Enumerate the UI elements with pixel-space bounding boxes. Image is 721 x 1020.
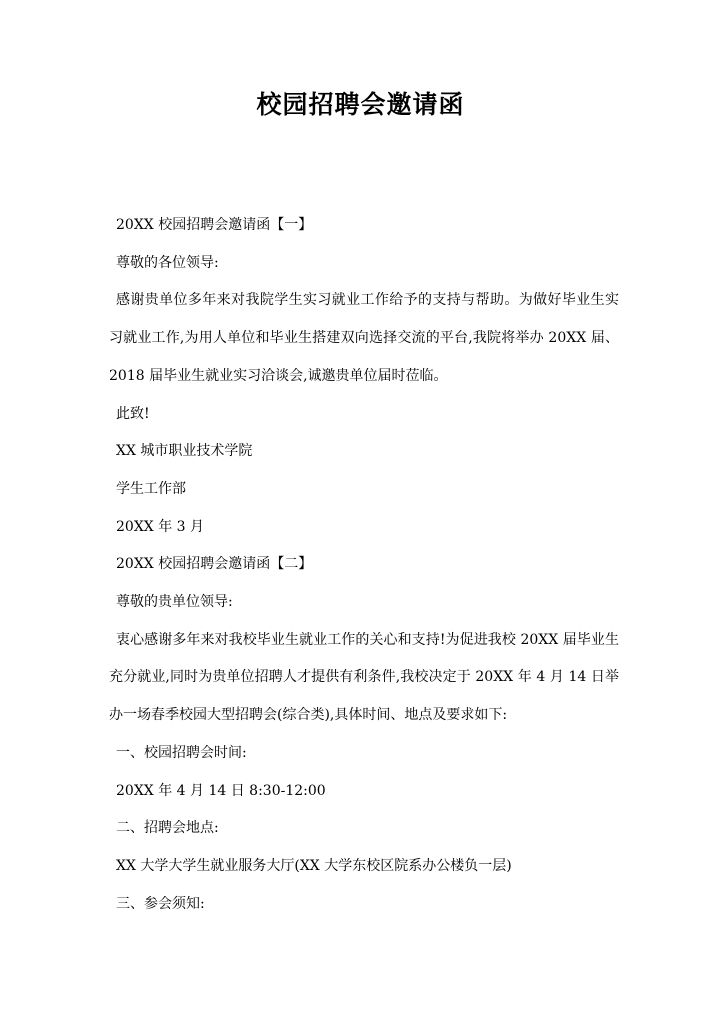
section-two-heading: 二、招聘会地点: xyxy=(109,810,619,848)
letter-one-closing: 此致! xyxy=(109,396,619,434)
document-page: 校园招聘会邀请函 20XX 校园招聘会邀请函【一】 尊敬的各位领导: 感谢贵单位… xyxy=(0,0,721,1020)
letter-one-sender-institution: XX 城市职业技术学院 xyxy=(109,433,619,471)
letter-two-heading: 20XX 校园招聘会邀请函【二】 xyxy=(109,546,619,584)
letter-one-body: 感谢贵单位多年来对我院学生实习就业工作给予的支持与帮助。为做好毕业生实习就业工作… xyxy=(109,282,619,395)
document-title: 校园招聘会邀请函 xyxy=(0,88,721,122)
section-one-time: 20XX 年 4 月 14 日 8:30-12:00 xyxy=(109,773,619,811)
letter-one-sender-department: 学生工作部 xyxy=(109,471,619,509)
section-three-heading: 三、参会须知: xyxy=(109,886,619,924)
document-body: 20XX 校园招聘会邀请函【一】 尊敬的各位领导: 感谢贵单位多年来对我院学生实… xyxy=(109,207,619,923)
letter-two-salutation: 尊敬的贵单位领导: xyxy=(109,584,619,622)
letter-one-date: 20XX 年 3 月 xyxy=(109,509,619,547)
letter-one-salutation: 尊敬的各位领导: xyxy=(109,245,619,283)
letter-one-heading: 20XX 校园招聘会邀请函【一】 xyxy=(109,207,619,245)
section-one-heading: 一、校园招聘会时间: xyxy=(109,735,619,773)
section-two-location: XX 大学大学生就业服务大厅(XX 大学东校区院系办公楼负一层) xyxy=(109,848,619,886)
letter-two-body: 衷心感谢多年来对我校毕业生就业工作的关心和支持!为促进我校 20XX 届毕业生充… xyxy=(109,622,619,735)
